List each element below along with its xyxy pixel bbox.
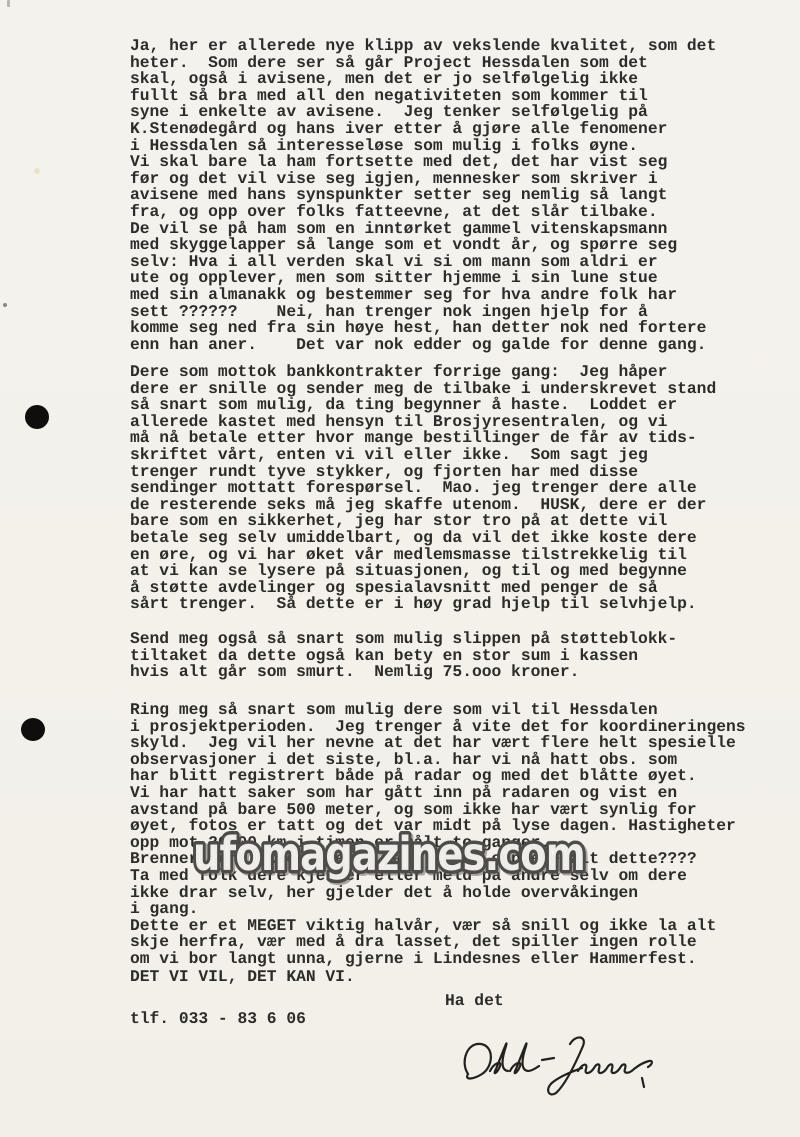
hole-punch-dot (25, 405, 49, 429)
signature-odd-gunnar (452, 1026, 658, 1104)
paragraph-hessdalen-project: Ring meg så snart som mulig dere som vil… (130, 702, 746, 968)
slogan-line: DET VI VIL, DET KAN VI. (130, 969, 355, 986)
paragraph-support-slip: Send meg også så snart som mulig slippen… (130, 631, 677, 681)
paragraph-intro-press-clippings: Ja, her er allerede nye klipp av vekslen… (130, 38, 716, 353)
closing-line: Ha det (445, 993, 504, 1010)
paragraph-bank-contracts: Dere som mottok bankkontrakter forrige g… (130, 364, 716, 613)
signature-stroke (465, 1037, 652, 1094)
scanned-letter-page: Ja, her er allerede nye klipp av vekslen… (0, 0, 800, 1137)
paper-speck (7, 0, 10, 7)
paper-speck (34, 168, 40, 174)
hole-punch-dot (21, 718, 45, 741)
phone-number-line: tlf. 033 - 83 6 06 (130, 1011, 306, 1028)
signature-svg (452, 1026, 658, 1104)
paper-speck (3, 303, 7, 307)
